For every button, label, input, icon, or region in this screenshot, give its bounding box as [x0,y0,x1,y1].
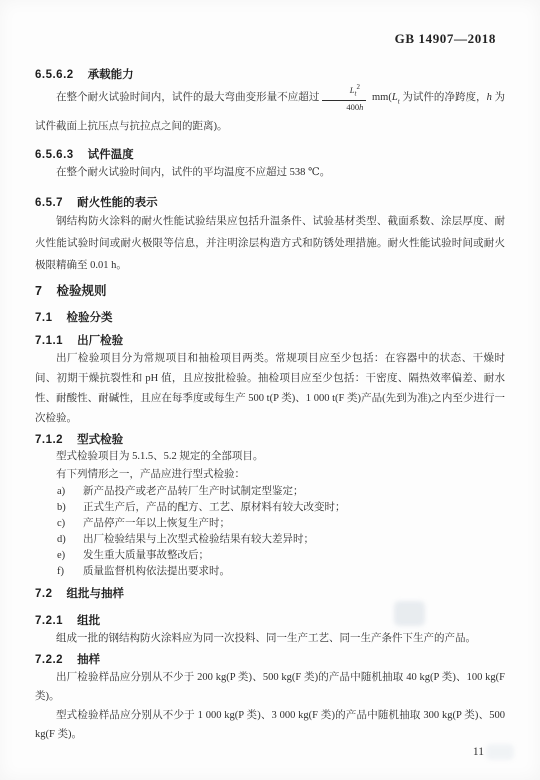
paragraph-specimen-temperature: 在整个耐火试验时间内，试件的平均温度不应超过 538 ℃。 [35,163,505,183]
section-title: 抽样 [77,653,100,668]
paragraph-load-capacity: 在整个耐火试验时间内，试件的最大弯曲变形量不应超过Lt2400h mm(Lt 为… [35,83,505,140]
list-item-d: d) 出厂检验结果与上次型式检验结果有较大差异时； [57,532,505,548]
list-item-text: 质量监督机构依法提出要求时。 [83,564,230,580]
section-number: 6.5.7 [35,196,63,211]
section-number: 7.1.2 [35,433,63,448]
chapter-number: 7 [35,283,42,299]
section-number: 6.5.6.3 [35,148,74,163]
list-item-label: a) [57,484,70,500]
chapter-heading-7: 7 检验规则 [35,283,505,299]
list-item-label: f) [57,564,70,580]
chapter-title: 检验规则 [56,283,106,299]
list-item-a: a) 新产品投产或老产品转厂生产时试制定型鉴定； [57,484,505,500]
list-item-text: 新产品投产或老产品转厂生产时试制定型鉴定； [83,484,304,500]
fraction-denominator: 400h [322,100,366,112]
paragraph-type-inspection-scope: 型式检验项目为 5.1.5、5.2 规定的全部项目。 [35,448,505,466]
section-title: 检验分类 [67,311,113,326]
list-item-b: b) 正式生产后，产品的配方、工艺、原材料有较大改变时； [57,500,505,516]
paragraph-fire-performance: 钢结构防火涂料的耐火性能试验结果应包括升温条件、试验基材类型、截面系数、涂层厚度… [35,211,505,277]
section-heading-71: 7.1 检验分类 [35,311,505,326]
list-item-c: c) 产品停产一年以上恢复生产时； [57,516,505,532]
watermark-smudge [486,744,514,760]
section-number: 7.2.2 [35,653,63,668]
section-title: 组批与抽样 [67,587,125,602]
section-heading-711: 7.1.1 出厂检验 [35,334,505,349]
section-title: 耐火性能的表示 [77,196,158,211]
list-item-text: 产品停产一年以上恢复生产时； [83,516,230,532]
section-title: 出厂检验 [77,334,123,349]
section-heading-712: 7.1.2 型式检验 [35,433,505,448]
section-number: 7.1 [35,311,53,326]
section-heading-657: 6.5.7 耐火性能的表示 [35,196,505,211]
section-heading-6562: 6.5.6.2 承载能力 [35,68,505,83]
list-item-label: e) [57,548,70,564]
paragraph-sampling-factory: 出厂检验样品应分别从不少于 200 kg(P 类)、500 kg(F 类)的产品… [35,668,505,706]
section-number: 7.2.1 [35,614,63,629]
section-number: 6.5.6.2 [35,68,74,83]
section-heading-6563: 6.5.6.3 试件温度 [35,148,505,163]
list-item-f: f) 质量监督机构依法提出要求时。 [57,564,505,580]
section-title: 组批 [77,614,100,629]
scanned-document-page: GB 14907—2018 6.5.6.2 承载能力 在整个耐火试验时间内，试件… [0,0,540,780]
section-title: 型式检验 [77,433,123,448]
text-run: 在整个耐火试验时间内，试件的最大弯曲变形量不应超过 [56,92,319,103]
list-item-label: d) [57,532,70,548]
document-body: 6.5.6.2 承载能力 在整个耐火试验时间内，试件的最大弯曲变形量不应超过Lt… [35,0,505,744]
section-number: 7.1.1 [35,334,63,349]
section-heading-721: 7.2.1 组批 [35,614,505,629]
text-run: mm( [369,92,392,103]
list-item-e: e) 发生重大质量事故整改后； [57,548,505,564]
type-inspection-case-list: a) 新产品投产或老产品转厂生产时试制定型鉴定； b) 正式生产后，产品的配方、… [57,484,505,580]
fraction-numerator: Lt2 [322,82,366,100]
section-heading-72: 7.2 组批与抽样 [35,587,505,602]
paragraph-batching: 组成一批的钢结构防火涂料应为同一次投料、同一生产工艺、同一生产条件下生产的产品。 [35,629,505,649]
section-heading-722: 7.2.2 抽样 [35,653,505,668]
list-item-label: b) [57,500,70,516]
paragraph-type-inspection-intro: 有下列情形之一，产品应进行型式检验： [35,466,505,484]
paragraph-sampling-type: 型式检验样品应分别从不少于 1 000 kg(P 类)、3 000 kg(F 类… [35,706,505,744]
list-item-label: c) [57,516,70,532]
section-title: 试件温度 [88,148,134,163]
fraction-deflection-limit: Lt2400h [322,82,366,112]
paragraph-factory-inspection: 出厂检验项目分为常规项目和抽检项目两类。常规项目应至少包括：在容器中的状态、干燥… [35,349,505,429]
page-number: 11 [473,746,484,758]
section-title: 承载能力 [88,68,134,83]
section-number: 7.2 [35,587,53,602]
text-run: 为试件的净跨度， [400,92,487,103]
list-item-text: 出厂检验结果与上次型式检验结果有较大差异时； [83,532,314,548]
list-item-text: 正式生产后，产品的配方、工艺、原材料有较大改变时； [83,500,346,516]
list-item-text: 发生重大质量事故整改后； [83,548,209,564]
